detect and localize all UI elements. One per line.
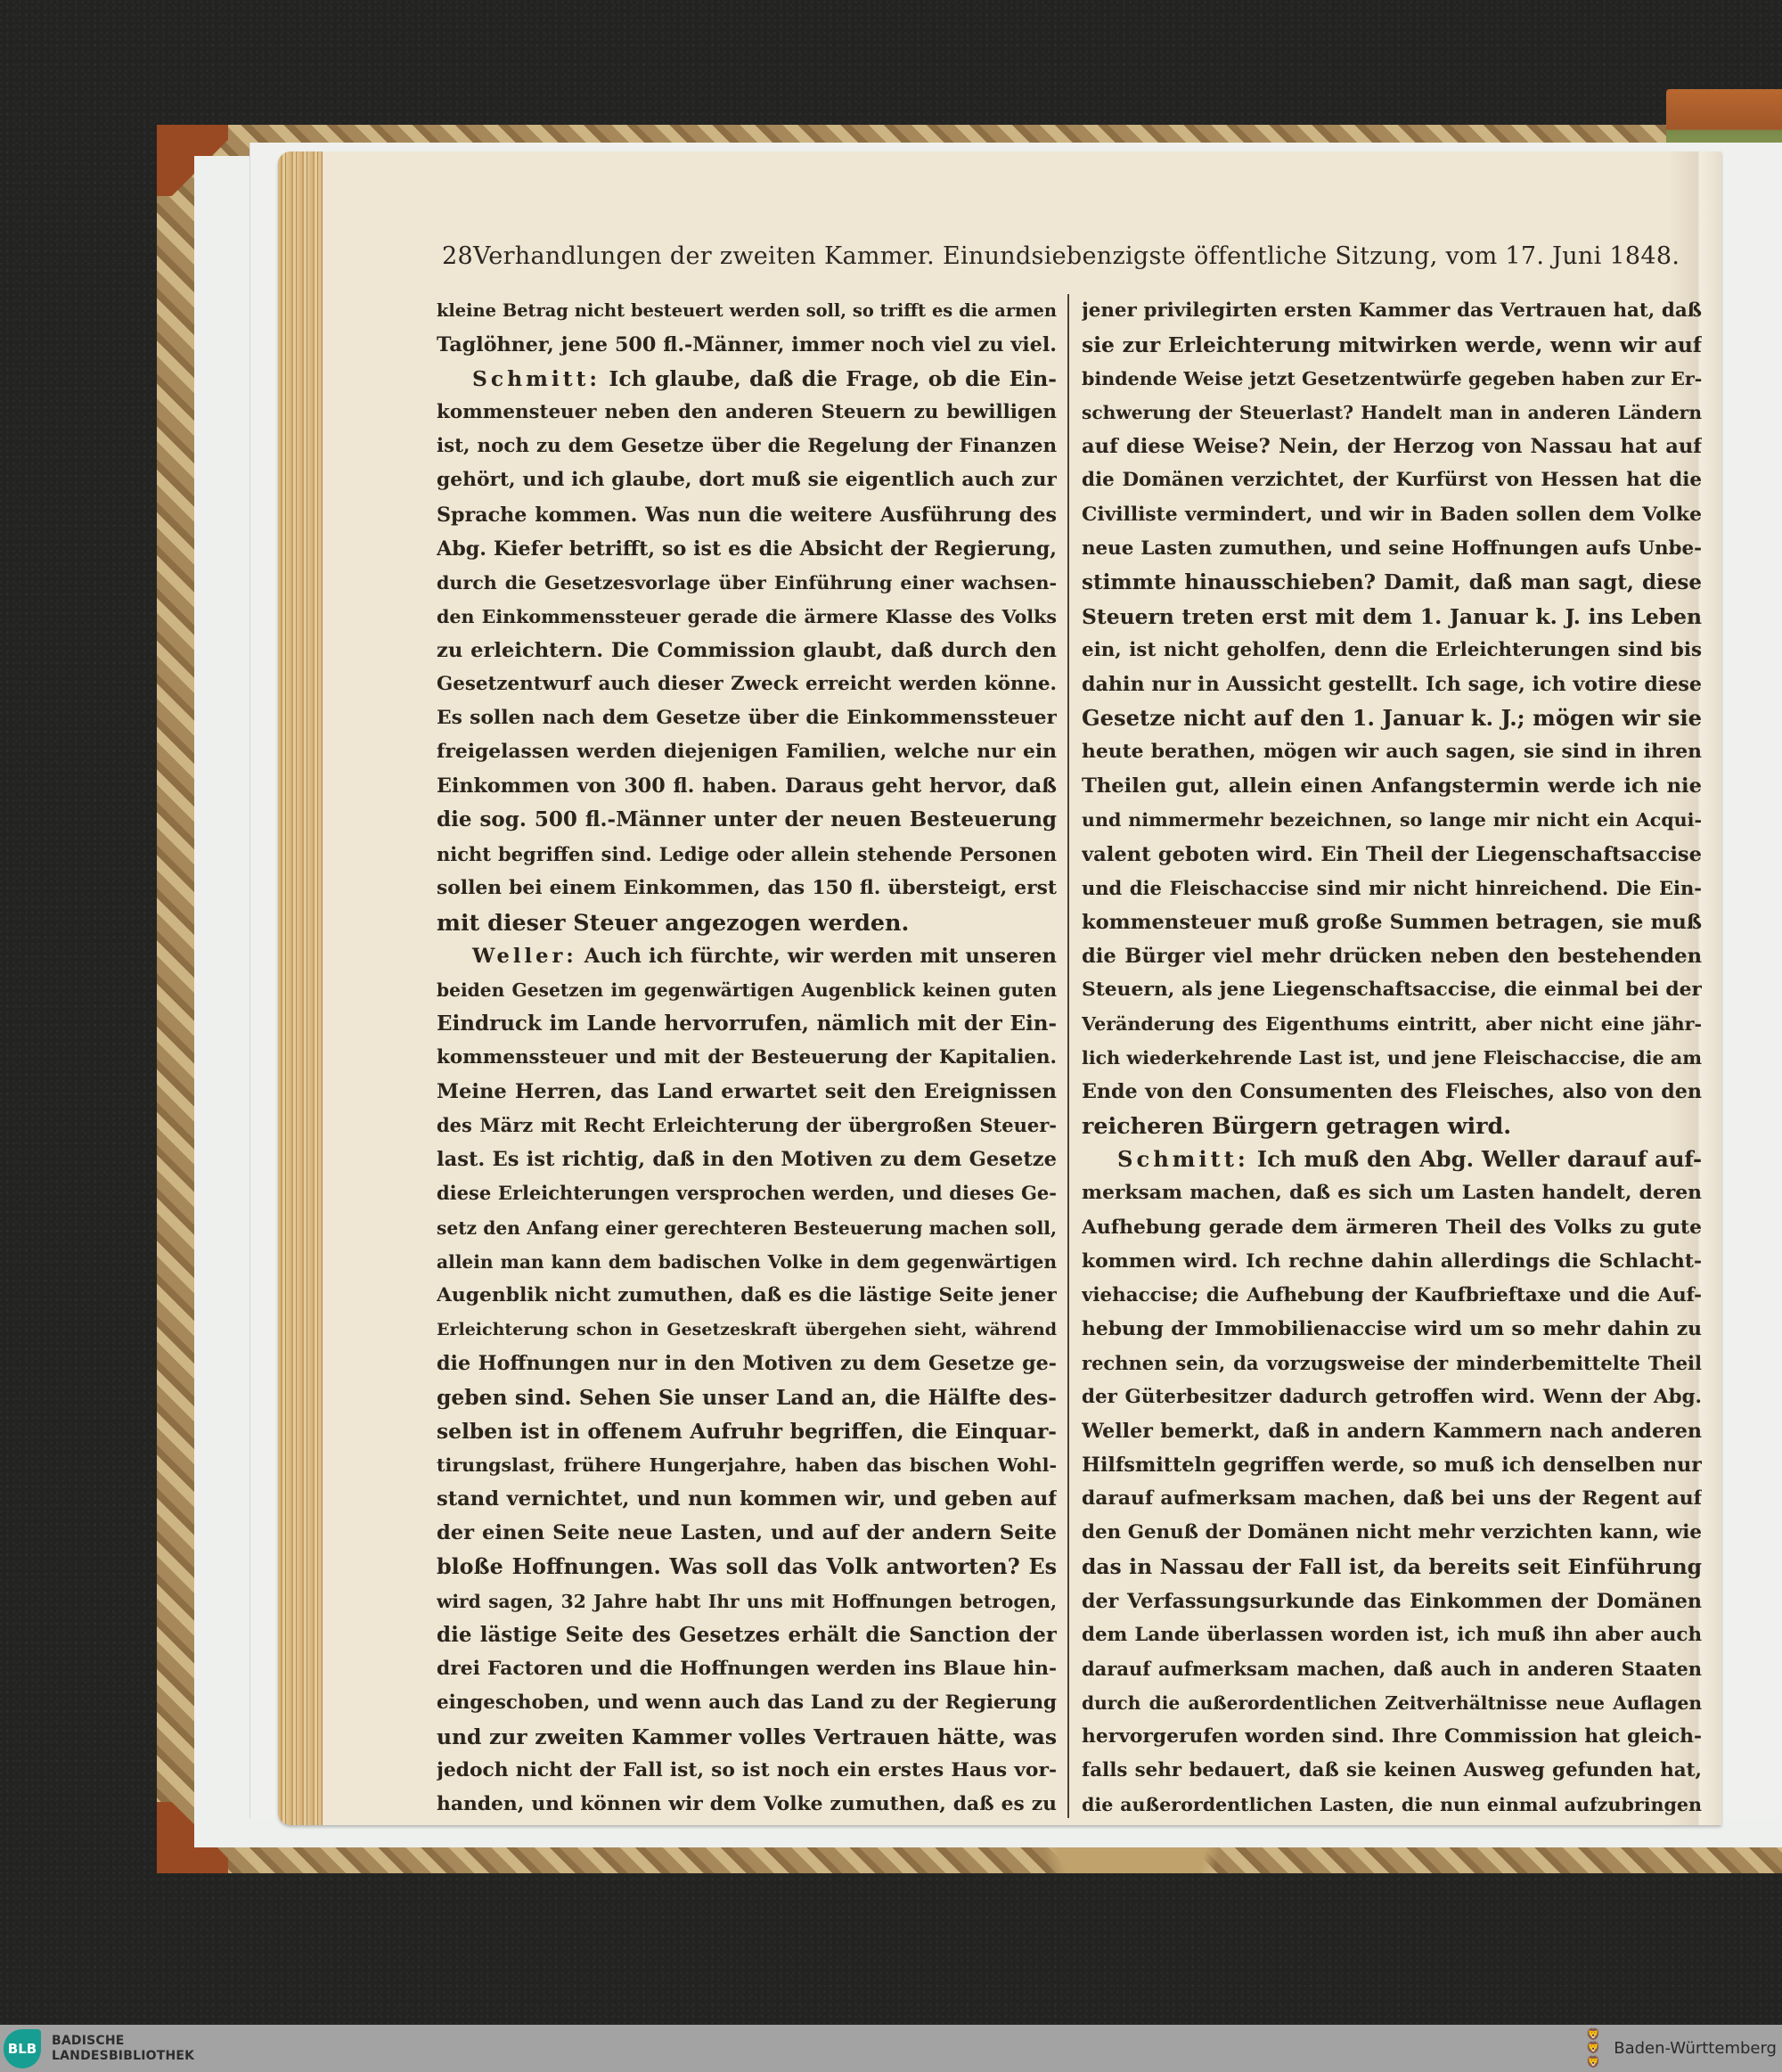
line-text: kommen wird. Ich rechne dahin allerdings…	[1082, 1250, 1702, 1273]
text-line: der Güterbesitzer dadurch getroffen wird…	[1082, 1380, 1702, 1414]
line-text: die Domänen verzichtet, der Kurfürst von…	[1082, 469, 1702, 491]
line-text: Meine Herren, das Land erwartet seit den…	[437, 1080, 1057, 1103]
right-column: jener privilegirten ersten Kammer das Ve…	[1069, 294, 1702, 1818]
text-line: merksam machen, daß es sich um Lasten ha…	[1082, 1176, 1702, 1210]
line-text: kommenssteuer und mit der Besteuerung de…	[437, 1046, 1057, 1069]
line-text: Ich muß den Abg. Weller darauf auf-	[1249, 1146, 1702, 1172]
text-line: stimmte hinausschieben? Damit, daß man s…	[1082, 566, 1702, 600]
line-text: kleine Betrag nicht besteuert werden sol…	[437, 300, 1057, 321]
text-line: den Genuß der Domänen nicht mehr verzich…	[1082, 1516, 1702, 1550]
line-text: Ende von den Consumenten des Fleisches, …	[1082, 1080, 1702, 1103]
line-text: der einen Seite neue Lasten, und auf der…	[437, 1521, 1057, 1544]
text-line: auf diese Weise? Nein, der Herzog von Na…	[1082, 430, 1702, 463]
running-head-title: Verhandlungen der zweiten Kammer. Einund…	[473, 242, 1680, 270]
left-column: kleine Betrag nicht besteuert werden sol…	[437, 294, 1069, 1818]
line-text: Gesetze nicht auf den 1. Januar k. J.; m…	[1082, 705, 1702, 731]
text-line: Gesetzentwurf auch dieser Zweck erreicht…	[437, 667, 1057, 701]
line-text: stimmte hinausschieben? Damit, daß man s…	[1082, 570, 1702, 594]
text-line: Taglöhner, jene 500 fl.-Männer, immer no…	[437, 328, 1057, 362]
text-line: und die Fleischaccise sind mir nicht hin…	[1082, 872, 1702, 905]
text-line: Sprache kommen. Was nun die weitere Ausf…	[437, 498, 1057, 532]
line-text: Steuern, als jene Liegenschaftsaccise, d…	[1082, 979, 1702, 1001]
text-line: selben ist in offenem Aufruhr begriffen,…	[437, 1414, 1057, 1448]
line-text: jedoch nicht der Fall ist, so ist noch e…	[437, 1759, 1057, 1781]
line-text: die Bürger viel mehr drücken neben den b…	[1082, 945, 1702, 968]
text-line: der Verfassungsurkunde das Einkommen der…	[1082, 1585, 1702, 1618]
text-line: die außerordentlichen Lasten, die nun ei…	[1082, 1788, 1702, 1822]
line-text: stand vernichtet, und nun kommen wir, un…	[437, 1487, 1057, 1511]
text-line: durch die außerordentlichen Zeitverhältn…	[1082, 1686, 1702, 1720]
text-line: die Domänen verzichtet, der Kurfürst von…	[1082, 463, 1702, 497]
baden-wuerttemberg-logo[interactable]: 🦁🦁🦁 Baden-Württemberg	[1580, 2028, 1777, 2069]
line-text: und nimmermehr bezeichnen, so lange mir …	[1082, 809, 1702, 831]
text-line: die lästige Seite des Gesetzes erhält di…	[437, 1618, 1057, 1652]
text-line: falls sehr bedauert, daß sie keinen Ausw…	[1082, 1754, 1702, 1788]
text-line: Steuern, als jene Liegenschaftsaccise, d…	[1082, 973, 1702, 1007]
text-line: neue Lasten zumuthen, und seine Hoffnung…	[1082, 532, 1702, 566]
text-line: valent geboten wird. Ein Theil der Liege…	[1082, 838, 1702, 872]
text-line: nicht begriffen sind. Ledige oder allein…	[437, 838, 1057, 872]
line-text: falls sehr bedauert, daß sie keinen Ausw…	[1082, 1759, 1702, 1781]
line-text: ein, ist nicht geholfen, denn die Erleic…	[1082, 639, 1702, 661]
text-line: drei Factoren und die Hoffnungen werden …	[437, 1652, 1057, 1686]
text-line: Erleichterung schon in Gesetzeskraft übe…	[437, 1313, 1057, 1347]
text-line: bloße Hoffnungen. Was soll das Volk antw…	[437, 1550, 1057, 1584]
line-text: die außerordentlichen Lasten, die nun ei…	[1082, 1794, 1702, 1815]
text-line: die Hoffnungen nur in den Motiven zu dem…	[437, 1347, 1057, 1380]
text-line: Civilliste vermindert, und wir in Baden …	[1082, 498, 1702, 532]
text-line: durch die Gesetzesvorlage über Einführun…	[437, 566, 1057, 600]
text-line: Es sollen nach dem Gesetze über die Eink…	[437, 701, 1057, 735]
text-line: Gesetze nicht auf den 1. Januar k. J.; m…	[1082, 701, 1702, 735]
text-line: dem Lande überlassen worden ist, ich muß…	[1082, 1618, 1702, 1652]
text-line: tirungslast, frühere Hungerjahre, haben …	[437, 1448, 1057, 1482]
blb-logo[interactable]: BLB BADISCHE LANDESBIBLIOTHEK	[4, 2029, 194, 2068]
line-text: dem Lande überlassen worden ist, ich muß…	[1082, 1624, 1702, 1646]
text-line: Theilen gut, allein einen Anfangstermin …	[1082, 769, 1702, 803]
line-text: den Genuß der Domänen nicht mehr verzich…	[1082, 1521, 1702, 1544]
text-line: setz den Anfang einer gerechteren Besteu…	[437, 1211, 1057, 1245]
line-text: allein man kann dem badischen Volke in d…	[437, 1251, 1057, 1273]
line-text: kommensteuer neben den anderen Steuern z…	[437, 401, 1057, 423]
text-line: sie zur Erleichterung mitwirken werde, w…	[1082, 328, 1702, 362]
text-line: Weller: Auch ich fürchte, wir werden mit…	[437, 939, 1057, 973]
line-text: zu erleichtern. Die Commission glaubt, d…	[437, 639, 1057, 662]
line-text: Augenblik nicht zumuthen, daß es die läs…	[437, 1284, 1057, 1306]
text-line: den Einkommenssteuer gerade die ärmere K…	[437, 600, 1057, 634]
running-head: 28 Verhandlungen der zweiten Kammer. Ein…	[442, 242, 1618, 270]
text-line: Meine Herren, das Land erwartet seit den…	[437, 1075, 1057, 1109]
line-text: Taglöhner, jene 500 fl.-Männer, immer no…	[437, 333, 1057, 356]
line-text: auf diese Weise? Nein, der Herzog von Na…	[1082, 435, 1702, 458]
line-text: Eindruck im Lande hervorrufen, nämlich m…	[437, 1011, 1057, 1036]
line-text: durch die außerordentlichen Zeitverhältn…	[1082, 1692, 1702, 1714]
line-text: hervorgerufen worden sind. Ihre Commissi…	[1082, 1725, 1702, 1748]
footer-bar: BLB BADISCHE LANDESBIBLIOTHEK 🦁🦁🦁 Baden-…	[0, 2025, 1782, 2072]
text-line: stand vernichtet, und nun kommen wir, un…	[437, 1482, 1057, 1516]
line-text: heute berathen, mögen wir auch sagen, si…	[1082, 741, 1702, 763]
text-line: das in Nassau der Fall ist, da bereits s…	[1082, 1550, 1702, 1584]
text-line: freigelassen werden diejenigen Familien,…	[437, 735, 1057, 769]
line-text: Sprache kommen. Was nun die weitere Ausf…	[437, 504, 1057, 527]
text-line: diese Erleichterungen versprochen werden…	[437, 1176, 1057, 1210]
line-text: tirungslast, frühere Hungerjahre, haben …	[437, 1454, 1057, 1476]
line-text: sollen bei einem Einkommen, das 150 fl. …	[437, 877, 1057, 899]
line-text: Steuern treten erst mit dem 1. Januar k.…	[1082, 604, 1702, 629]
text-line: ist, noch zu dem Gesetze über die Regelu…	[437, 430, 1057, 463]
text-line: Abg. Kiefer betrifft, so ist es die Absi…	[437, 532, 1057, 566]
text-line: last. Es ist richtig, daß in den Motiven…	[437, 1142, 1057, 1176]
line-text: neue Lasten zumuthen, und seine Hoffnung…	[1082, 537, 1702, 560]
text-line: Steuern treten erst mit dem 1. Januar k.…	[1082, 600, 1702, 634]
line-text: Abg. Kiefer betrifft, so ist es die Absi…	[437, 537, 1057, 561]
line-text: merksam machen, daß es sich um Lasten ha…	[1082, 1182, 1702, 1204]
line-text: eingeschoben, und wenn auch das Land zu …	[437, 1691, 1057, 1714]
line-text: selben ist in offenem Aufruhr begriffen,…	[437, 1419, 1057, 1444]
line-text: wird sagen, 32 Jahre habt Ihr uns mit Ho…	[437, 1591, 1057, 1612]
text-line: allein man kann dem badischen Volke in d…	[437, 1245, 1057, 1279]
line-text: viehaccise; die Aufhebung der Kaufbrieft…	[1082, 1284, 1702, 1306]
library-name: BADISCHE LANDESBIBLIOTHEK	[52, 2034, 194, 2064]
line-text: nicht begriffen sind. Ledige oder allein…	[437, 843, 1057, 865]
text-line: mit dieser Steuer angezogen werden.	[437, 905, 1057, 939]
three-lions-icon: 🦁🦁🦁	[1580, 2028, 1606, 2069]
text-line: ein, ist nicht geholfen, denn die Erleic…	[1082, 634, 1702, 667]
line-text: Gesetzentwurf auch dieser Zweck erreicht…	[437, 673, 1057, 695]
line-text: bindende Weise jetzt Gesetzentwürfe gege…	[1082, 368, 1702, 389]
text-line: Eindruck im Lande hervorrufen, nämlich m…	[437, 1007, 1057, 1041]
text-line: Aufhebung gerade dem ärmeren Theil des V…	[1082, 1211, 1702, 1245]
text-line: Einkommen von 300 fl. haben. Daraus geht…	[437, 769, 1057, 803]
line-text: Veränderung des Eigenthums eintritt, abe…	[1082, 1013, 1702, 1035]
line-text: der Verfassungsurkunde das Einkommen der…	[1082, 1590, 1702, 1613]
speaker-name: Schmitt:	[1117, 1146, 1249, 1172]
library-name-line1: BADISCHE	[52, 2034, 194, 2049]
line-text: Einkommen von 300 fl. haben. Daraus geht…	[437, 774, 1057, 798]
library-name-line2: LANDESBIBLIOTHEK	[52, 2049, 194, 2064]
text-line: reicheren Bürgern getragen wird.	[1082, 1109, 1702, 1142]
line-text: ist, noch zu dem Gesetze über die Regelu…	[437, 435, 1057, 457]
gilt-page-edges	[278, 152, 323, 1825]
line-text: Hilfsmitteln gegriffen werde, so muß ich…	[1082, 1454, 1702, 1477]
scanned-book-image: 28 Verhandlungen der zweiten Kammer. Ein…	[0, 0, 1782, 2025]
line-text: jener privilegirten ersten Kammer das Ve…	[1082, 299, 1702, 322]
text-line: lich wiederkehrende Last ist, und jene F…	[1082, 1041, 1702, 1075]
text-line: Augenblik nicht zumuthen, daß es die läs…	[437, 1279, 1057, 1313]
blb-badge-icon: BLB	[4, 2029, 41, 2068]
text-line: darauf aufmerksam machen, daß bei uns de…	[1082, 1482, 1702, 1516]
line-text: Es sollen nach dem Gesetze über die Eink…	[437, 707, 1057, 729]
line-text: bloße Hoffnungen. Was soll das Volk antw…	[437, 1554, 1057, 1579]
line-text: freigelassen werden diejenigen Familien,…	[437, 741, 1057, 763]
line-text: Theilen gut, allein einen Anfangstermin …	[1082, 774, 1702, 798]
line-text: handen, und können wir dem Volke zumuthe…	[437, 1793, 1057, 1815]
line-text: dahin nur in Aussicht gestellt. Ich sage…	[1082, 673, 1702, 696]
text-line: kommensteuer muß große Summen betragen, …	[1082, 905, 1702, 939]
line-text: die lästige Seite des Gesetzes erhält di…	[437, 1623, 1057, 1647]
text-line: dahin nur in Aussicht gestellt. Ich sage…	[1082, 667, 1702, 701]
line-text: und die Fleischaccise sind mir nicht hin…	[1082, 877, 1702, 899]
text-line: kommenssteuer und mit der Besteuerung de…	[437, 1041, 1057, 1075]
line-text: mit dieser Steuer angezogen werden.	[437, 909, 909, 936]
text-line: hervorgerufen worden sind. Ihre Commissi…	[1082, 1720, 1702, 1754]
text-line: kommen wird. Ich rechne dahin allerdings…	[1082, 1245, 1702, 1279]
line-text: hebung der Immobilienaccise wird um so m…	[1082, 1318, 1702, 1340]
line-text: des März mit Recht Erleichterung der übe…	[437, 1114, 1057, 1136]
text-line: wird sagen, 32 Jahre habt Ihr uns mit Ho…	[437, 1585, 1057, 1618]
line-text: rechnen sein, da vorzugsweise der minder…	[1082, 1352, 1702, 1374]
text-line: schwerung der Steuerlast? Handelt man in…	[1082, 396, 1702, 430]
text-columns: kleine Betrag nicht besteuert werden sol…	[437, 294, 1702, 1818]
text-line: bindende Weise jetzt Gesetzentwürfe gege…	[1082, 362, 1702, 396]
text-line: Schmitt: Ich muß den Abg. Weller darauf …	[1082, 1142, 1702, 1176]
text-line: beiden Gesetzen im gegenwärtigen Augenbl…	[437, 973, 1057, 1007]
line-text: kommensteuer muß große Summen betragen, …	[1082, 911, 1702, 934]
text-line: des März mit Recht Erleichterung der übe…	[437, 1109, 1057, 1142]
text-line: jener privilegirten ersten Kammer das Ve…	[1082, 294, 1702, 328]
line-text: darauf aufmerksam machen, daß bei uns de…	[1082, 1487, 1702, 1510]
text-line: heute berathen, mögen wir auch sagen, si…	[1082, 735, 1702, 769]
line-text: das in Nassau der Fall ist, da bereits s…	[1082, 1554, 1702, 1579]
line-text: den Einkommenssteuer gerade die ärmere K…	[437, 606, 1057, 627]
text-line: hebung der Immobilienaccise wird um so m…	[1082, 1313, 1702, 1347]
line-text: der Güterbesitzer dadurch getroffen wird…	[1082, 1386, 1702, 1408]
line-text: die sog. 500 fl.-Männer unter der neuen …	[437, 807, 1057, 831]
text-line: zu erleichtern. Die Commission glaubt, d…	[437, 634, 1057, 667]
text-line: der einen Seite neue Lasten, und auf der…	[437, 1516, 1057, 1550]
line-text: Auch ich fürchte, wir werden mit unseren	[577, 945, 1057, 968]
text-line: jedoch nicht der Fall ist, so ist noch e…	[437, 1754, 1057, 1788]
line-text: drei Factoren und die Hoffnungen werden …	[437, 1658, 1057, 1680]
speaker-name: Schmitt:	[472, 366, 601, 391]
text-line: die Bürger viel mehr drücken neben den b…	[1082, 939, 1702, 973]
line-text: Civilliste vermindert, und wir in Baden …	[1082, 504, 1702, 526]
text-line: Veränderung des Eigenthums eintritt, abe…	[1082, 1007, 1702, 1041]
line-text: diese Erleichterungen versprochen werden…	[437, 1182, 1057, 1204]
text-line: die sog. 500 fl.-Männer unter der neuen …	[437, 803, 1057, 837]
text-line: Schmitt: Ich glaube, daß die Frage, ob d…	[437, 362, 1057, 396]
text-line: Ende von den Consumenten des Fleisches, …	[1082, 1075, 1702, 1109]
line-text: geben sind. Sehen Sie unser Land an, die…	[437, 1385, 1057, 1410]
text-line: und nimmermehr bezeichnen, so lange mir …	[1082, 803, 1702, 837]
line-text: setz den Anfang einer gerechteren Besteu…	[437, 1217, 1057, 1239]
text-line: darauf aufmerksam machen, daß auch in an…	[1082, 1652, 1702, 1686]
text-line: und zur zweiten Kammer volles Vertrauen …	[437, 1720, 1057, 1754]
text-line: eingeschoben, und wenn auch das Land zu …	[437, 1686, 1057, 1720]
line-text: reicheren Bürgern getragen wird.	[1082, 1112, 1511, 1139]
text-line: sollen bei einem Einkommen, das 150 fl. …	[437, 872, 1057, 905]
line-text: die Hoffnungen nur in den Motiven zu dem…	[437, 1352, 1057, 1375]
page-number: 28	[442, 242, 473, 270]
line-text: gehört, und ich glaube, dort muß sie eig…	[437, 469, 1057, 491]
text-line: rechnen sein, da vorzugsweise der minder…	[1082, 1347, 1702, 1380]
text-line: handen, und können wir dem Volke zumuthe…	[437, 1788, 1057, 1822]
state-name: Baden-Württemberg	[1614, 2039, 1777, 2058]
line-text: lich wiederkehrende Last ist, und jene F…	[1082, 1047, 1702, 1069]
line-text: durch die Gesetzesvorlage über Einführun…	[437, 572, 1057, 594]
line-text: Weller bemerkt, daß in andern Kammern na…	[1082, 1420, 1702, 1443]
text-line: Hilfsmitteln gegriffen werde, so muß ich…	[1082, 1448, 1702, 1482]
line-text: schwerung der Steuerlast? Handelt man in…	[1082, 402, 1702, 423]
speaker-name: Weller:	[472, 945, 577, 968]
line-text: last. Es ist richtig, daß in den Motiven…	[437, 1148, 1057, 1171]
line-text: darauf aufmerksam machen, daß auch in an…	[1082, 1658, 1702, 1680]
line-text: Erleichterung schon in Gesetzeskraft übe…	[437, 1320, 1057, 1339]
text-line: geben sind. Sehen Sie unser Land an, die…	[437, 1380, 1057, 1414]
text-line: viehaccise; die Aufhebung der Kaufbrieft…	[1082, 1279, 1702, 1313]
text-line: gehört, und ich glaube, dort muß sie eig…	[437, 463, 1057, 497]
text-line: kleine Betrag nicht besteuert werden sol…	[437, 294, 1057, 328]
line-text: Aufhebung gerade dem ärmeren Theil des V…	[1082, 1216, 1702, 1239]
text-line: kommensteuer neben den anderen Steuern z…	[437, 396, 1057, 430]
line-text: sie zur Erleichterung mitwirken werde, w…	[1082, 332, 1702, 357]
line-text: Ich glaube, daß die Frage, ob die Ein-	[601, 366, 1057, 391]
line-text: beiden Gesetzen im gegenwärtigen Augenbl…	[437, 979, 1057, 1001]
line-text: valent geboten wird. Ein Theil der Liege…	[1082, 843, 1702, 866]
line-text: und zur zweiten Kammer volles Vertrauen …	[437, 1724, 1057, 1749]
text-line: Weller bemerkt, daß in andern Kammern na…	[1082, 1414, 1702, 1448]
